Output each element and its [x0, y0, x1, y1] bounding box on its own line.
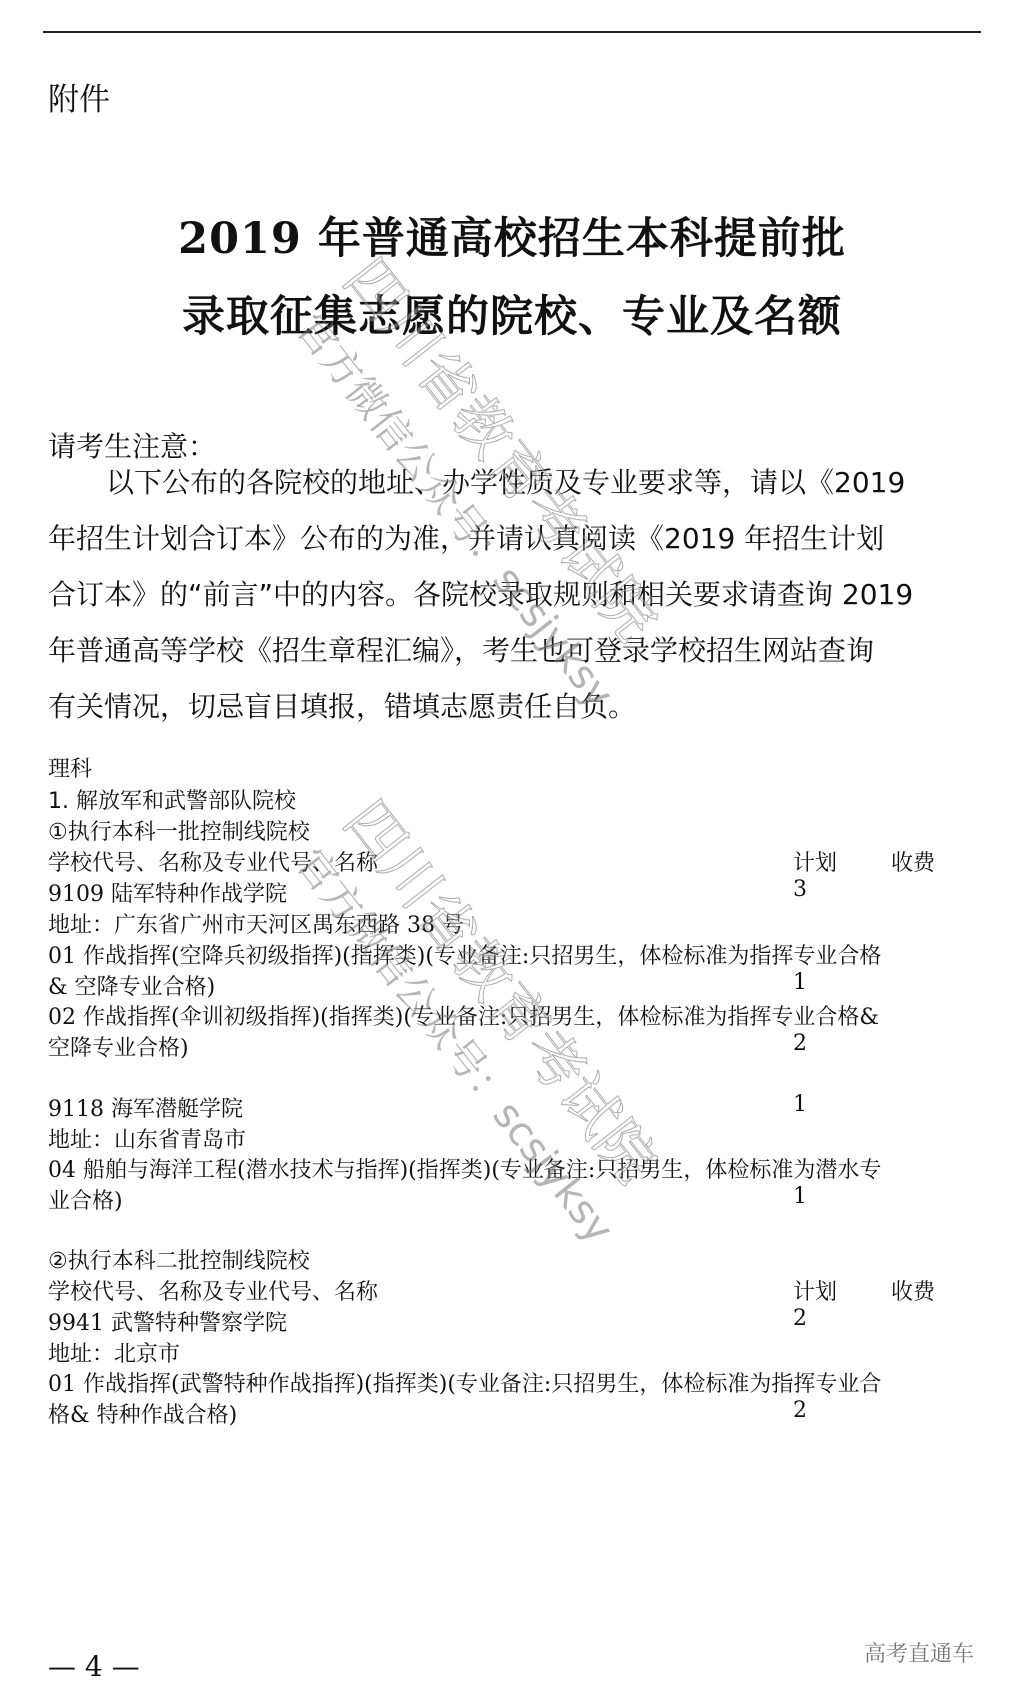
column-header-fee: 收费: [891, 846, 935, 877]
page-number: — 4 —: [48, 1650, 140, 1683]
notice-line: 年招生计划合订本》公布的为准，并请认真阅读《2019 年招生计划: [48, 511, 978, 567]
notice-line: 以下公布的各院校的地址、办学性质及专业要求等，请以《2019: [48, 455, 978, 511]
brand-watermark: 高考直通车: [864, 1637, 974, 1668]
school-address: 地址：山东省青岛市: [48, 1123, 246, 1154]
major-plan: 1: [793, 1184, 807, 1209]
column-header-name: 学校代号、名称及专业代号、名称: [48, 846, 378, 877]
column-header-fee: 收费: [891, 1275, 935, 1306]
major-plan: 2: [793, 1398, 807, 1423]
major-line: 02 作战指挥(伞训初级指挥)(指挥类)(专业备注:只招男生，体检标准为指挥专业…: [48, 1000, 879, 1031]
school-address: 地址：广东省广州市天河区禺东西路 38 号: [48, 908, 464, 939]
column-header-plan: 计划: [793, 1275, 837, 1306]
major-plan: 2: [793, 1031, 807, 1056]
major-plan: 1: [793, 970, 807, 995]
school-row: 9941 武警特种警察学院: [48, 1306, 287, 1337]
school-plan: 1: [793, 1092, 807, 1117]
school-address: 地址：北京市: [48, 1337, 180, 1368]
group-heading: ②执行本科二批控制线院校: [48, 1244, 310, 1275]
school-plan: 3: [793, 877, 807, 902]
watermark-org: 四川省教育考试院: [329, 780, 681, 1197]
major-line-continued: 空降专业合格): [48, 1031, 189, 1062]
notice-line: 合订本》的“前言”中的内容。各院校录取规则和相关要求请查询 2019: [48, 567, 978, 623]
major-line-continued: & 空降专业合格): [48, 970, 215, 1001]
group-heading: ①执行本科一批控制线院校: [48, 815, 310, 846]
school-row: 9109 陆军特种作战学院: [48, 877, 287, 908]
page-title-line-2: 录取征集志愿的院校、专业及名额: [0, 283, 1024, 344]
major-line-continued: 业合格): [48, 1184, 123, 1215]
column-header-plan: 计划: [793, 846, 837, 877]
major-line-continued: 格& 特种作战合格): [48, 1398, 237, 1429]
major-line: 01 作战指挥(武警特种作战指挥)(指挥类)(专业备注:只招男生，体检标准为指挥…: [48, 1367, 881, 1398]
category-heading: 1. 解放军和武警部队院校: [48, 784, 296, 815]
subject-label: 理科: [48, 752, 92, 783]
school-plan: 2: [793, 1306, 807, 1331]
notice-line: 有关情况，切忌盲目填报，错填志愿责任自负。: [48, 679, 978, 735]
major-line: 04 船舶与海洋工程(潜水技术与指挥)(指挥类)(专业备注:只招男生，体检标准为…: [48, 1153, 881, 1184]
top-rule: [43, 31, 981, 33]
school-row: 9118 海军潜艇学院: [48, 1092, 243, 1123]
notice-paragraph: 以下公布的各院校的地址、办学性质及专业要求等，请以《2019 年招生计划合订本》…: [48, 455, 978, 735]
column-header-name: 学校代号、名称及专业代号、名称: [48, 1275, 378, 1306]
notice-line: 年普通高等学校《招生章程汇编》，考生也可登录学校招生网站查询: [48, 623, 978, 679]
page-title-line-1: 2019 年普通高校招生本科提前批: [0, 205, 1024, 266]
attachment-label: 附件: [48, 74, 110, 119]
watermark-wechat: 官方微信公众号：scsjyksy: [285, 835, 629, 1253]
major-line: 01 作战指挥(空降兵初级指挥)(指挥类)(专业备注:只招男生，体检标准为指挥专…: [48, 939, 881, 970]
